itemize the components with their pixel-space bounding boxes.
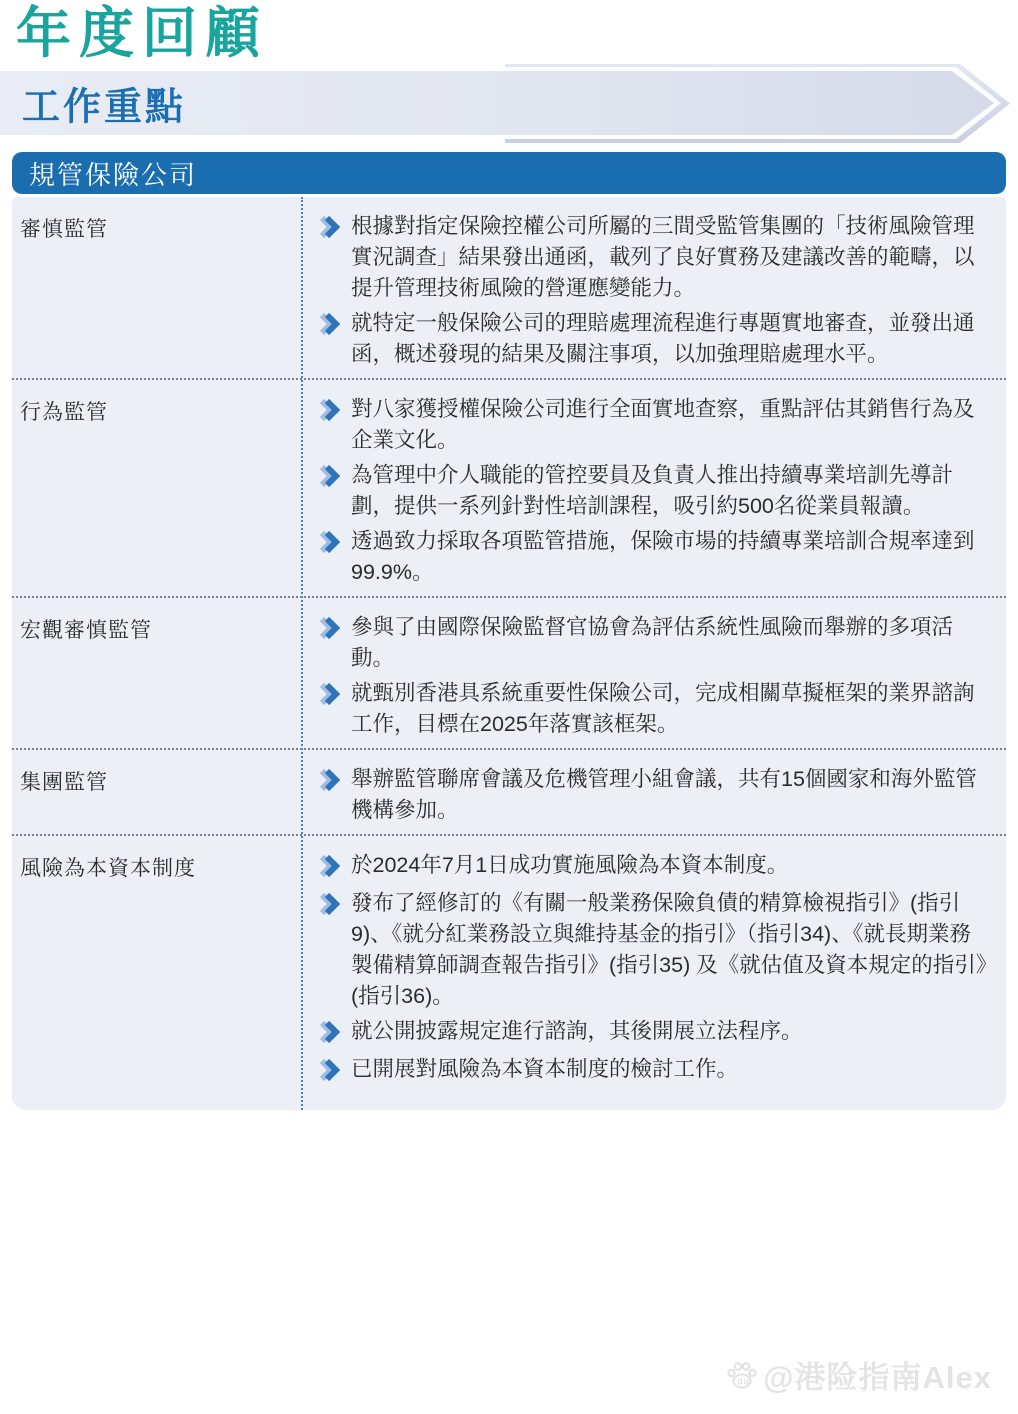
- svg-text:du: du: [737, 1376, 750, 1386]
- bullet-item: 就公開披露規定進行諮詢，其後開展立法程序。: [318, 1016, 992, 1050]
- double-chevron-icon: [318, 394, 340, 428]
- bullet-item: 透過致力採取各項監管措施，保險市場的持續專業培訓合規率達到99.9%。: [318, 526, 992, 588]
- bullet-text: 舉辦監管聯席會議及危機管理小組會議，共有15個國家和海外監管機構參加。: [351, 764, 992, 826]
- table-row: 行為監管 對八家獲授權保險公司進行全面實地查察，重點評估其銷售行為及企業文化。 …: [12, 378, 1006, 596]
- row-content: 對八家獲授權保險公司進行全面實地查察，重點評估其銷售行為及企業文化。 為管理中介…: [318, 394, 1006, 588]
- summary-table: 審慎監管 根據對指定保險控權公司所屬的三間受監管集團的「技術風險管理實況調查」結…: [12, 197, 1006, 1110]
- section-header: 規管保險公司: [12, 152, 1006, 194]
- double-chevron-icon: [318, 1054, 340, 1088]
- bullet-text: 根據對指定保險控權公司所屬的三間受監管集團的「技術風險管理實況調查」結果發出通函…: [351, 211, 992, 304]
- double-chevron-icon: [318, 678, 340, 712]
- bullet-text: 發布了經修訂的《有關一般業務保險負債的精算檢視指引》(指引9)、《就分紅業務設立…: [351, 888, 992, 1012]
- double-chevron-icon: [318, 526, 340, 560]
- bullet-text: 參與了由國際保險監督官協會為評估系統性風險而舉辦的多項活動。: [351, 612, 992, 674]
- row-label: 審慎監管: [20, 213, 108, 243]
- row-content: 舉辦監管聯席會議及危機管理小組會議，共有15個國家和海外監管機構參加。: [318, 764, 1006, 826]
- bullet-item: 對八家獲授權保險公司進行全面實地查察，重點評估其銷售行為及企業文化。: [318, 394, 992, 456]
- bullet-text: 就甄別香港具系統重要性保險公司，完成相關草擬框架的業界諮詢工作，目標在2025年…: [351, 678, 992, 740]
- bullet-text: 為管理中介人職能的管控要員及負責人推出持續專業培訓先導計劃，提供一系列針對性培訓…: [351, 460, 992, 522]
- row-label: 行為監管: [20, 396, 108, 426]
- bullet-text: 就公開披露規定進行諮詢，其後開展立法程序。: [351, 1016, 803, 1047]
- double-chevron-icon: [318, 211, 340, 245]
- double-chevron-icon: [318, 612, 340, 646]
- bullet-item: 已開展對風險為本資本制度的檢討工作。: [318, 1054, 992, 1088]
- bullet-item: 就特定一般保險公司的理賠處理流程進行專題實地審查，並發出通函，概述發現的結果及關…: [318, 308, 992, 370]
- row-label: 風險為本資本制度: [20, 852, 196, 882]
- bullet-text: 對八家獲授權保險公司進行全面實地查察，重點評估其銷售行為及企業文化。: [351, 394, 992, 456]
- paw-icon: du: [725, 1358, 759, 1392]
- banner-label: 工作重點: [22, 76, 186, 131]
- bullet-item: 為管理中介人職能的管控要員及負責人推出持續專業培訓先導計劃，提供一系列針對性培訓…: [318, 460, 992, 522]
- row-label: 集團監管: [20, 766, 108, 796]
- bullet-item: 舉辦監管聯席會議及危機管理小組會議，共有15個國家和海外監管機構參加。: [318, 764, 992, 826]
- row-label: 宏觀審慎監管: [20, 614, 152, 644]
- double-chevron-icon: [318, 308, 340, 342]
- section-header-label: 規管保險公司: [29, 155, 197, 192]
- work-focus-banner: 工作重點: [0, 71, 1010, 135]
- double-chevron-icon: [318, 888, 340, 922]
- table-row: 集團監管 舉辦監管聯席會議及危機管理小組會議，共有15個國家和海外監管機構參加。: [12, 748, 1006, 834]
- bullet-item: 發布了經修訂的《有關一般業務保險負債的精算檢視指引》(指引9)、《就分紅業務設立…: [318, 888, 992, 1012]
- table-row: 審慎監管 根據對指定保險控權公司所屬的三間受監管集團的「技術風險管理實況調查」結…: [12, 197, 1006, 378]
- watermark-text: @港险指南Alex: [763, 1352, 992, 1397]
- row-content: 於2024年7月1日成功實施風險為本資本制度。 發布了經修訂的《有關一般業務保險…: [318, 850, 1006, 1088]
- bullet-text: 就特定一般保險公司的理賠處理流程進行專題實地審查，並發出通函，概述發現的結果及關…: [351, 308, 992, 370]
- bullet-item: 就甄別香港具系統重要性保險公司，完成相關草擬框架的業界諮詢工作，目標在2025年…: [318, 678, 992, 740]
- double-chevron-icon: [318, 1016, 340, 1050]
- bullet-item: 於2024年7月1日成功實施風險為本資本制度。: [318, 850, 992, 884]
- table-row: 宏觀審慎監管 參與了由國際保險監督官協會為評估系統性風險而舉辦的多項活動。 就甄…: [12, 596, 1006, 748]
- bullet-text: 於2024年7月1日成功實施風險為本資本制度。: [351, 850, 788, 881]
- double-chevron-icon: [318, 850, 340, 884]
- bullet-item: 根據對指定保險控權公司所屬的三間受監管集團的「技術風險管理實況調查」結果發出通函…: [318, 211, 992, 304]
- double-chevron-icon: [318, 764, 340, 798]
- bullet-text: 透過致力採取各項監管措施，保險市場的持續專業培訓合規率達到99.9%。: [351, 526, 992, 588]
- row-content: 參與了由國際保險監督官協會為評估系統性風險而舉辦的多項活動。 就甄別香港具系統重…: [318, 612, 1006, 740]
- watermark: du @港险指南Alex: [725, 1352, 992, 1397]
- double-chevron-icon: [318, 460, 340, 494]
- row-content: 根據對指定保險控權公司所屬的三間受監管集團的「技術風險管理實況調查」結果發出通函…: [318, 211, 1006, 370]
- page-title: 年度回顧: [16, 2, 268, 64]
- bullet-item: 參與了由國際保險監督官協會為評估系統性風險而舉辦的多項活動。: [318, 612, 992, 674]
- table-row: 風險為本資本制度 於2024年7月1日成功實施風險為本資本制度。 發布了經修訂的…: [12, 834, 1006, 1110]
- bullet-text: 已開展對風險為本資本制度的檢討工作。: [351, 1054, 738, 1085]
